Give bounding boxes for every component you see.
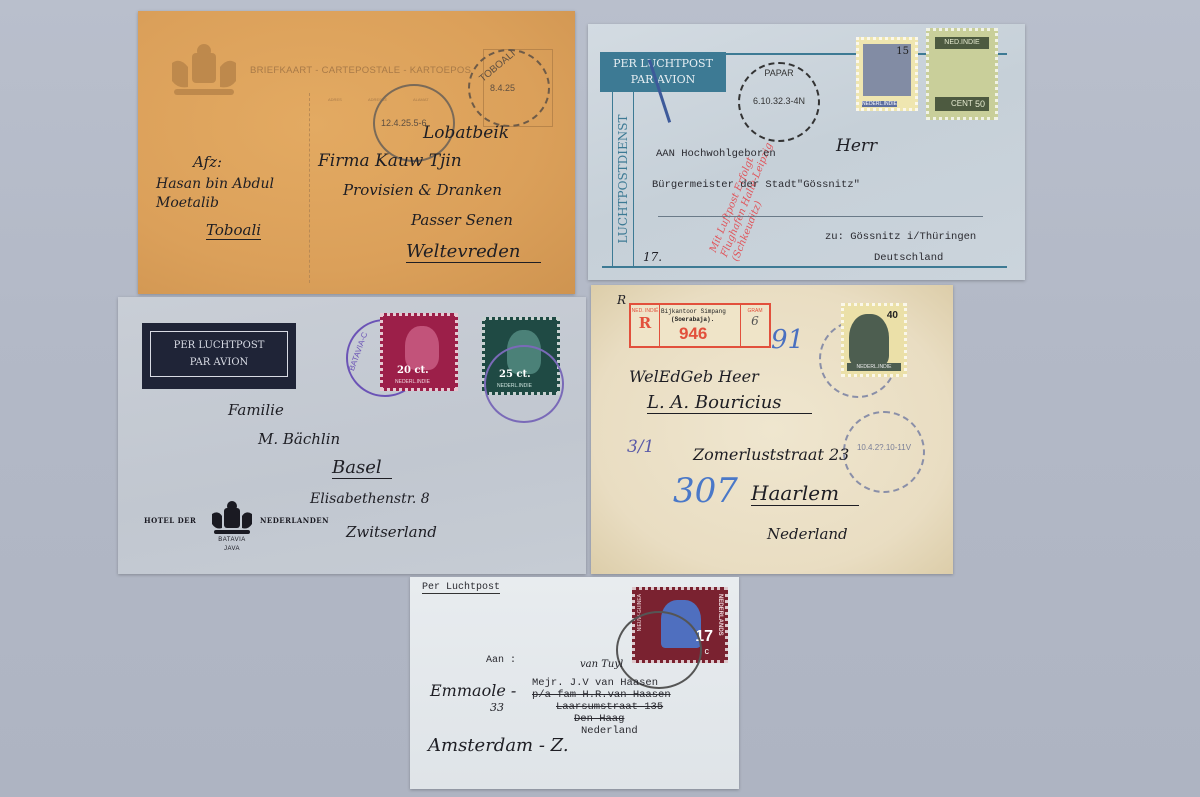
- airmail-label: PER LUCHTPOST PAR AVION: [600, 52, 726, 92]
- reg-label-office-1: Bijkantoor Simpang: [661, 308, 726, 315]
- airmail-label-black: PER LUCHTPOST PAR AVION: [142, 323, 296, 389]
- stamp-40-text: NEDERL.INDIE: [847, 363, 901, 371]
- airmail-label-line-1: PER LUCHTPOST: [151, 337, 287, 354]
- recipient-line-1: WelEdGeb Heer: [629, 367, 759, 386]
- hotel-city: BATAVIA: [212, 537, 252, 543]
- recipient-line-2: L. A. Bouricius: [647, 392, 812, 414]
- postmark-date: 6.10.32.3-4N: [740, 96, 818, 106]
- label-adres: ADRES: [328, 97, 342, 102]
- address-line-5: Nederland: [581, 725, 638, 737]
- stamp-15-value: 15: [896, 46, 909, 57]
- blue-mark-91: 91: [771, 325, 804, 355]
- aan-label: Aan :: [486, 655, 516, 666]
- recipient-line-2: M. Bächlin: [258, 430, 340, 448]
- recipient-line-5: Weltevreden: [406, 241, 541, 263]
- registered-mark: R: [617, 293, 626, 307]
- recipient-line-1: Lobatbeik: [423, 123, 509, 143]
- sender-line-3: Moetalib: [156, 195, 219, 211]
- postmark-destination-date: 12.4.25.5-6: [381, 118, 427, 128]
- registered-cover-simpang: R NED. INDIË R Bijkantoor Simpang (Soera…: [591, 285, 953, 574]
- hotel-name-right: NEDERLANDEN: [260, 516, 329, 525]
- stamp-20ct-value: 20 ct.: [397, 365, 429, 376]
- postcard-header: BRIEFKAART - CARTEPOSTALE - KARTOEPOS: [250, 65, 471, 76]
- address-line-3: zu: Gössnitz i/Thüringen: [825, 231, 976, 243]
- reg-label-right: GRAM 6: [740, 305, 769, 346]
- postmark-origin: TOBOALI 8.4.25: [468, 49, 550, 127]
- reg-label-office-2: (Soerabaja).: [671, 316, 714, 323]
- recipient-line-3: Provisien & Dranken: [343, 181, 502, 199]
- per-luchtpost-header: Per Luchtpost: [422, 582, 500, 594]
- stamp-15: 15 NEDERL.INDIE: [856, 37, 918, 111]
- registration-label: NED. INDIË R Bijkantoor Simpang (Soeraba…: [629, 303, 771, 348]
- stamp-40-value: 40: [887, 310, 898, 321]
- recipient-line-5: Zwitserland: [346, 523, 437, 541]
- rule-bottom: [602, 266, 1007, 268]
- photo-background: { "photo": { "description": "Five Dutch …: [0, 0, 1200, 797]
- recipient-line-4: Elisabethenstr. 8: [310, 491, 430, 507]
- airmail-label-line-2: PAR AVION: [151, 354, 287, 371]
- handwritten-van-tuyl: van Tuyl: [580, 659, 623, 670]
- forward-line-1: Emmaole -: [430, 681, 516, 700]
- recipient-line-5: Nederland: [767, 525, 848, 543]
- stamp-20ct-portrait: [405, 326, 439, 370]
- address-line-2: Bürgermeister der Stadt"Gössnitz": [652, 179, 860, 191]
- address-line-2-struck: p/a fam H.R.van Haasen: [532, 689, 671, 701]
- postmark-simpang-date: 10.4.2?.10-11V: [845, 443, 923, 452]
- airmail-label-line-2: PAR AVION: [600, 72, 726, 88]
- stamp-20ct: 20 ct. NEDERL.INDIE: [380, 313, 458, 391]
- stamp-15-text: NEDERL.INDIE: [862, 101, 897, 107]
- stamp-20ct-text: NEDERL.INDIE: [395, 379, 430, 385]
- recipient-line-2: Firma Kauw Tjin: [318, 151, 462, 171]
- postcard-briefkaart: BRIEFKAART - CARTEPOSTALE - KARTOEPOS AD…: [138, 11, 575, 294]
- divider-line: [309, 93, 311, 283]
- coat-of-arms-icon: [168, 43, 240, 99]
- reg-label-left: NED. INDIË R: [631, 305, 660, 346]
- side-banner-text: LUCHTPOSTDIENST: [616, 97, 630, 261]
- hotel-island: JAVA: [212, 546, 252, 552]
- airmail-cover-batavia: PER LUCHTPOST PAR AVION BATAVIA-C 20 ct.…: [118, 297, 586, 574]
- postmark-place: PAPAR: [740, 68, 818, 78]
- forward-line-3: Amsterdam - Z.: [428, 735, 569, 756]
- recipient-line-3: Zomerluststraat 23: [693, 445, 849, 464]
- recipient-line-4: Haarlem: [751, 481, 859, 506]
- address-line-4: Deutschland: [874, 252, 943, 264]
- reg-label-r: R: [631, 314, 659, 332]
- address-line-1: AAN Hochwohlgeboren: [656, 148, 776, 160]
- airmail-cover-papar: PER LUCHTPOST PAR AVION LUCHTPOSTDIENST …: [588, 24, 1025, 280]
- stamp-50-value: 50: [975, 99, 985, 109]
- recipient-line-1: Familie: [228, 401, 284, 419]
- side-banner: LUCHTPOSTDIENST: [612, 92, 634, 268]
- sender-line-2: Hasan bin Abdul: [156, 176, 274, 192]
- airmail-cover-nieuw-guinea: Per Luchtpost NEDERLANDS NIEUW-GUINEA 17…: [410, 577, 739, 789]
- address-rule: [658, 216, 983, 217]
- recipient-line-3: Basel: [332, 457, 392, 479]
- reg-label-weight: 6: [741, 314, 769, 328]
- postmark-papar: PAPAR 6.10.32.3-4N: [738, 62, 820, 142]
- stamp-50: NED.INDIE CENT 50: [926, 28, 998, 120]
- handwritten-note: 17.: [643, 250, 662, 264]
- stamp-40: 40 NEDERL.INDIE: [841, 303, 907, 377]
- postmark-batavia-2: [484, 345, 564, 423]
- blue-mark-3-1: 3/1: [627, 437, 654, 457]
- sender-line-4: Toboali: [206, 221, 261, 240]
- airmail-label-inner: PER LUCHTPOST PAR AVION: [150, 331, 288, 377]
- postmark-origin-date: 8.4.25: [490, 83, 515, 93]
- hotel-crest-icon: [210, 500, 254, 536]
- postmark-batavia-text: BATAVIA-C: [347, 331, 369, 372]
- address-line-3-struck: Laarsumstraat 135: [556, 701, 663, 713]
- hotel-name-left: HOTEL DER: [144, 516, 196, 525]
- address-line-1: Mejr. J.V van Haasen: [532, 677, 658, 689]
- airmail-label-line-1: PER LUCHTPOST: [600, 56, 726, 72]
- recipient-line-4: Passer Senen: [411, 211, 513, 229]
- stamp-country: NEDERLANDS: [717, 594, 723, 636]
- sender-line-1: Afz:: [193, 153, 222, 171]
- stamp-unit: c: [705, 646, 710, 656]
- blue-mark-307: 307: [673, 471, 738, 511]
- handwritten-herr: Herr: [836, 136, 877, 156]
- forward-line-2: 33: [490, 701, 504, 714]
- stamp-40-portrait: [849, 314, 889, 366]
- address-line-4-struck: Den Haag: [574, 713, 624, 725]
- stamp-50-header: NED.INDIE: [935, 37, 989, 49]
- reg-label-number: 946: [679, 324, 707, 344]
